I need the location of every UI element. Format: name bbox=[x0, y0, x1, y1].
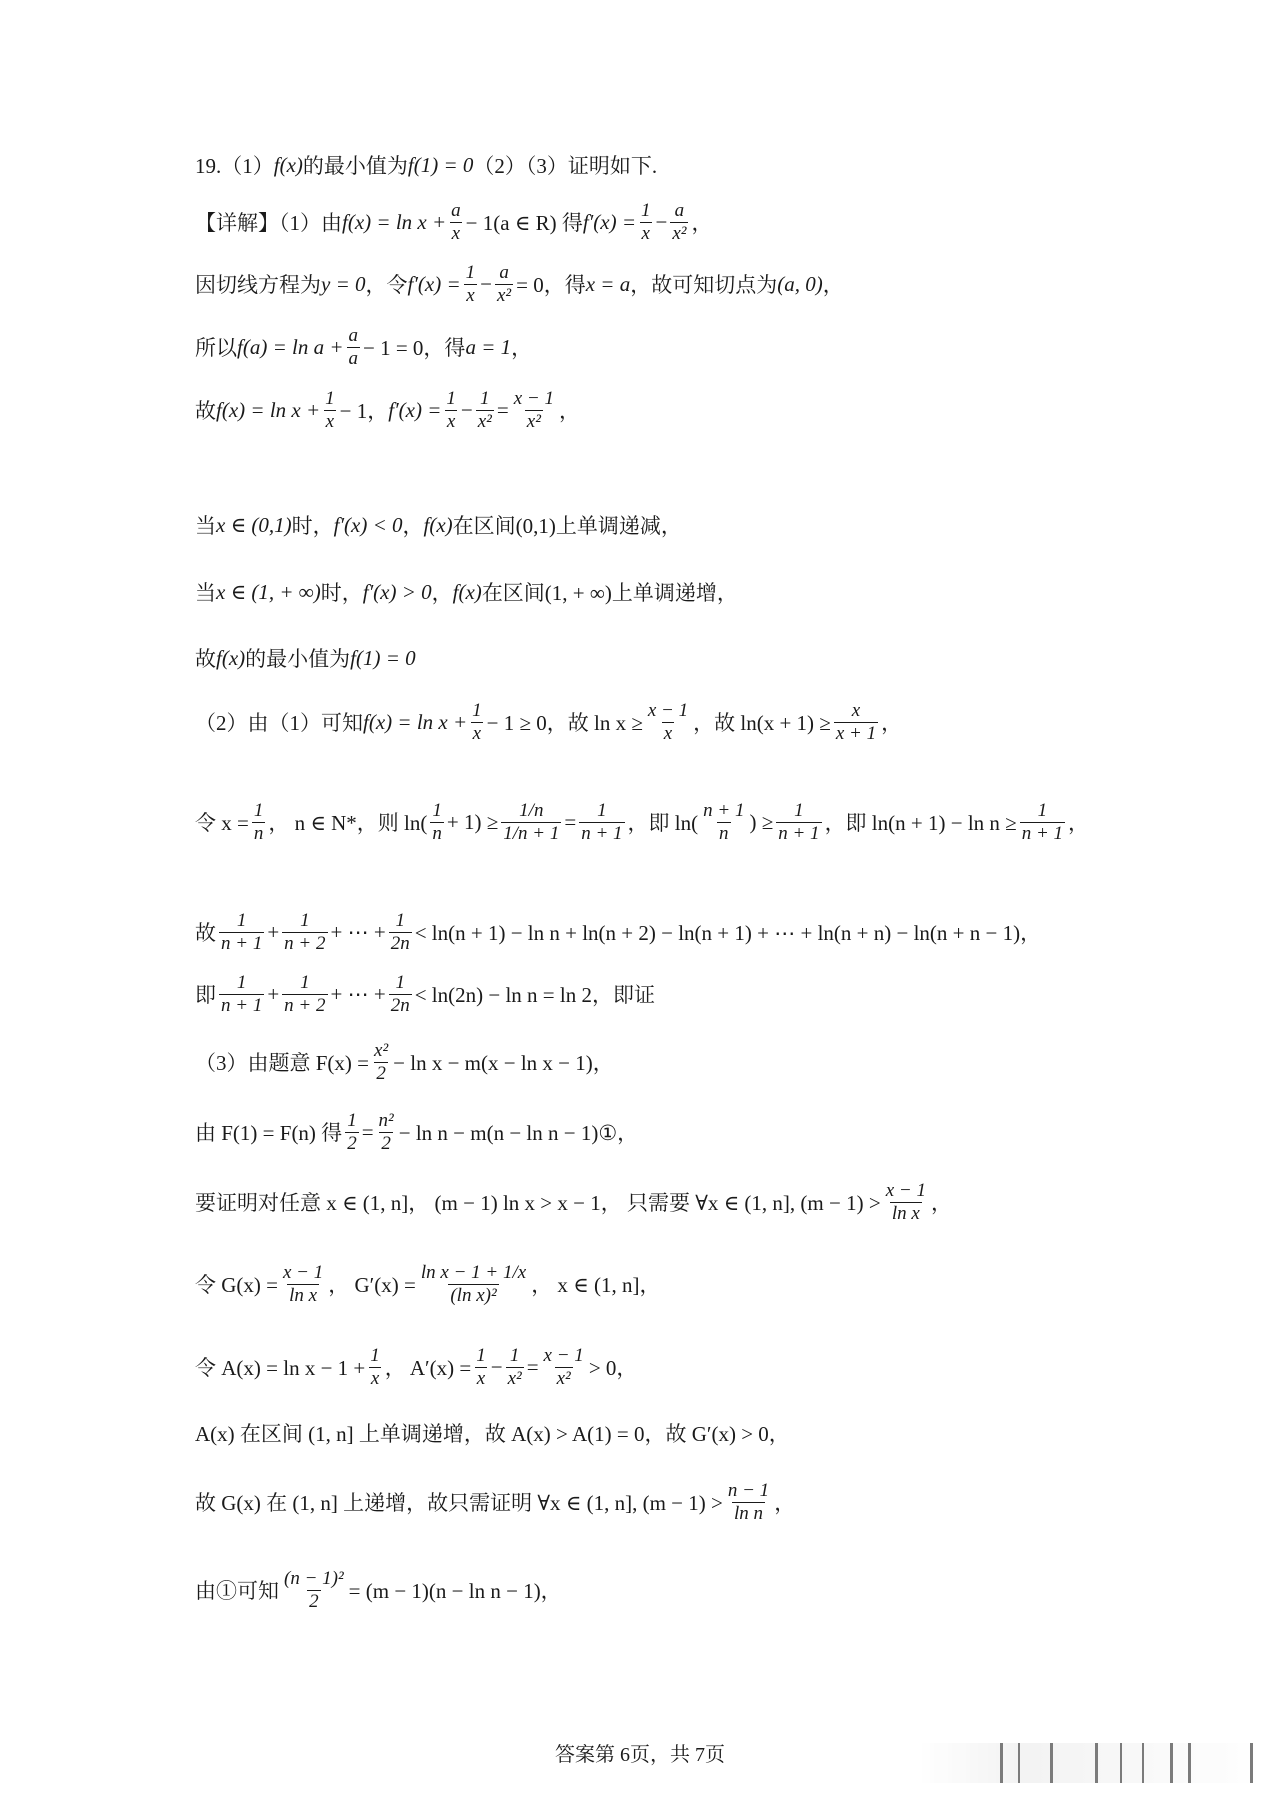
text: ，故 ln(x + 1) ≥ bbox=[693, 707, 831, 737]
denominator: 2n bbox=[389, 994, 412, 1017]
numerator: 1 bbox=[508, 1345, 522, 1367]
fraction: x − 1ln x bbox=[884, 1180, 928, 1225]
text: 因切线方程为 bbox=[195, 269, 321, 299]
numerator: x − 1 bbox=[646, 700, 690, 722]
text: − bbox=[480, 272, 492, 297]
math: f(x) = ln x + bbox=[342, 210, 446, 235]
fraction: 1x² bbox=[476, 388, 494, 433]
math: y = 0 bbox=[321, 272, 366, 297]
part3-line-6: A(x) 在区间 (1, n] 上单调递增，故 A(x) > A(1) = 0，… bbox=[195, 1418, 790, 1448]
fraction: 12n bbox=[389, 910, 412, 955]
denominator: ln n bbox=[732, 1502, 765, 1525]
fraction: x − 1x² bbox=[512, 388, 556, 433]
denominator: n + 2 bbox=[282, 994, 327, 1017]
fraction: 12n bbox=[389, 972, 412, 1017]
text: < ln(n + 1) − ln n + ln(n + 2) − ln(n + … bbox=[415, 917, 1041, 947]
numerator: 1 bbox=[393, 910, 407, 932]
text: （3）由题意 F(x) = bbox=[195, 1047, 369, 1077]
denominator: x² bbox=[495, 284, 513, 307]
denominator: x bbox=[445, 410, 457, 433]
math: f(1) = 0 bbox=[408, 153, 474, 178]
numerator: x − 1 bbox=[884, 1180, 928, 1202]
text: 令 x = bbox=[195, 807, 249, 837]
denominator: x bbox=[450, 222, 462, 245]
fraction: 1n + 1 bbox=[219, 972, 264, 1017]
text: + bbox=[267, 982, 279, 1007]
denominator: x bbox=[662, 722, 674, 745]
math: f(x) bbox=[424, 513, 453, 538]
math: f′(x) > 0 bbox=[363, 580, 432, 605]
denominator: 2 bbox=[374, 1062, 388, 1085]
text: − bbox=[461, 398, 473, 423]
part2-line-1: （2）由（1）可知 f(x) = ln x + 1x − 1 ≥ 0，故 ln … bbox=[195, 700, 902, 745]
denominator: x² bbox=[670, 222, 688, 245]
numerator: n − 1 bbox=[726, 1480, 771, 1502]
fraction: ax² bbox=[670, 200, 688, 245]
numerator: 1 bbox=[470, 700, 484, 722]
text: ， bbox=[432, 577, 453, 607]
text: 【详解】（1）由 bbox=[195, 207, 342, 237]
math: f(x) bbox=[216, 646, 245, 671]
text: 即 bbox=[195, 979, 216, 1009]
fraction: aa bbox=[347, 325, 361, 370]
denominator: (ln x)² bbox=[448, 1284, 498, 1307]
numerator: ln x − 1 + 1/x bbox=[419, 1262, 528, 1284]
numerator: a bbox=[347, 325, 361, 347]
math: f(x) = ln x + bbox=[216, 398, 320, 423]
text: ， n ∈ N*，则 ln( bbox=[268, 807, 427, 837]
detail-line-3: 所以 f(a) = ln a + aa − 1 = 0，得 a = 1 ， bbox=[195, 325, 532, 370]
denominator: n bbox=[430, 822, 444, 845]
numerator: (n − 1)² bbox=[282, 1568, 346, 1590]
text: ，即 ln(n + 1) − ln n ≥ bbox=[825, 807, 1017, 837]
part3-line-7: 故 G(x) 在 (1, n] 上递增，故只需证明 ∀x ∈ (1, n], (… bbox=[195, 1480, 795, 1525]
denominator: x² bbox=[476, 410, 494, 433]
part3-line-8: 由①可知 (n − 1)²2 = (m − 1)(n − ln n − 1)， bbox=[195, 1568, 562, 1613]
text: ， bbox=[559, 395, 580, 425]
scan-artifact bbox=[920, 1743, 1260, 1783]
text: 所以 bbox=[195, 332, 237, 362]
math: f′(x) < 0 bbox=[334, 513, 403, 538]
text: + ⋯ + bbox=[331, 982, 386, 1007]
answer-summary: 19.（1） f(x) 的最小值为 f(1) = 0 （2）（3）证明如下. bbox=[195, 150, 657, 180]
math: f(1) = 0 bbox=[350, 646, 416, 671]
text: − 1 = 0，得 bbox=[363, 332, 465, 362]
text: = 0，得 bbox=[516, 269, 586, 299]
denominator: 2 bbox=[345, 1132, 359, 1155]
fraction: n − 1ln n bbox=[726, 1480, 771, 1525]
text: ) ≥ bbox=[749, 810, 773, 835]
numerator: a bbox=[673, 200, 687, 222]
numerator: x bbox=[850, 700, 862, 722]
text: ， x ∈ (1, n]， bbox=[531, 1269, 660, 1299]
numerator: 1 bbox=[595, 800, 609, 822]
part3-line-5: 令 A(x) = ln x − 1 + 1x ， A′(x) = 1x − 1x… bbox=[195, 1345, 637, 1390]
text: − ln n − m(n − ln n − 1)①， bbox=[399, 1117, 638, 1147]
text: 故 bbox=[195, 395, 216, 425]
numerator: 1 bbox=[345, 1110, 359, 1132]
fraction: n²2 bbox=[377, 1110, 396, 1155]
text: 时， bbox=[292, 510, 334, 540]
text: ， A′(x) = bbox=[385, 1352, 471, 1382]
numerator: 1 bbox=[298, 972, 312, 994]
math: (a, 0) bbox=[777, 272, 823, 297]
text: = (m − 1)(n − ln n − 1)， bbox=[349, 1575, 562, 1605]
denominator: x bbox=[324, 410, 336, 433]
text: ， bbox=[511, 332, 532, 362]
detail-line-4: 故 f(x) = ln x + 1x − 1， f′(x) = 1x − 1x²… bbox=[195, 388, 580, 433]
numerator: 1 bbox=[474, 1345, 488, 1367]
text: ， bbox=[1068, 807, 1089, 837]
text: > 0， bbox=[589, 1352, 638, 1382]
fraction: 1n bbox=[252, 800, 266, 845]
fraction: 1x bbox=[368, 1345, 382, 1390]
denominator: n + 1 bbox=[219, 994, 264, 1017]
denominator: x² bbox=[506, 1367, 524, 1390]
detail-line-5: 当 x ∈ (0,1) 时， f′(x) < 0 ， f(x) 在区间(0,1)… bbox=[195, 510, 682, 540]
numerator: x − 1 bbox=[542, 1345, 586, 1367]
numerator: n² bbox=[377, 1110, 396, 1132]
text: − 1(a ∈ R) 得 bbox=[466, 207, 583, 237]
numerator: 1 bbox=[368, 1345, 382, 1367]
numerator: 1 bbox=[235, 910, 249, 932]
fraction: (n − 1)²2 bbox=[282, 1568, 346, 1613]
text: + bbox=[267, 920, 279, 945]
fraction: 1x² bbox=[506, 1345, 524, 1390]
text: ， bbox=[881, 707, 902, 737]
text: 当 bbox=[195, 510, 216, 540]
text: < ln(2n) − ln n = ln 2，即证 bbox=[415, 979, 655, 1009]
denominator: n + 1 bbox=[219, 932, 264, 955]
fraction: xx + 1 bbox=[834, 700, 878, 745]
part3-line-3: 要证明对任意 x ∈ (1, n]， (m − 1) ln x > x − 1，… bbox=[195, 1180, 952, 1225]
part3-line-2: 由 F(1) = F(n) 得 12 = n²2 − ln n − m(n − … bbox=[195, 1110, 638, 1155]
denominator: a bbox=[347, 347, 361, 370]
numerator: 1 bbox=[464, 262, 478, 284]
math: f′(x) = bbox=[388, 398, 441, 423]
part2-line-3: 故 1n + 1 + 1n + 2 + ⋯ + 12n < ln(n + 1) … bbox=[195, 910, 1041, 955]
fraction: x − 1ln x bbox=[281, 1262, 325, 1307]
text: 故 bbox=[195, 917, 216, 947]
text: （2）（3）证明如下. bbox=[473, 150, 657, 180]
fraction: 1n + 2 bbox=[282, 972, 327, 1017]
detail-line-1: 【详解】（1）由 f(x) = ln x + ax − 1(a ∈ R) 得 f… bbox=[195, 200, 712, 245]
fraction: 1x bbox=[470, 700, 484, 745]
text: = bbox=[527, 1355, 539, 1380]
math: f(x) = ln x + bbox=[363, 710, 467, 735]
numerator: x² bbox=[372, 1040, 390, 1062]
denominator: 1/n + 1 bbox=[501, 822, 561, 845]
part2-line-4: 即 1n + 1 + 1n + 2 + ⋯ + 12n < ln(2n) − l… bbox=[195, 972, 655, 1017]
numerator: 1 bbox=[639, 200, 653, 222]
denominator: x bbox=[471, 722, 483, 745]
text: = bbox=[497, 398, 509, 423]
math: x = a bbox=[586, 272, 631, 297]
text: （2）由（1）可知 bbox=[195, 707, 363, 737]
text: 在区间(0,1)上单调递减， bbox=[453, 510, 682, 540]
text: 19.（1） bbox=[195, 150, 274, 180]
text: ， G′(x) = bbox=[328, 1269, 416, 1299]
fraction: ln x − 1 + 1/x(ln x)² bbox=[419, 1262, 528, 1307]
text: 时， bbox=[321, 577, 363, 607]
math: f(x) bbox=[274, 153, 303, 178]
fraction: 1n + 2 bbox=[282, 910, 327, 955]
detail-line-6: 当 x ∈ (1, + ∞) 时， f′(x) > 0 ， f(x) 在区间(1… bbox=[195, 577, 738, 607]
math: f(x) bbox=[453, 580, 482, 605]
text: 故 G(x) 在 (1, n] 上递增，故只需证明 ∀x ∈ (1, n], (… bbox=[195, 1487, 723, 1517]
denominator: ln x bbox=[890, 1202, 922, 1225]
fraction: 12 bbox=[345, 1110, 359, 1155]
fraction: 1x bbox=[323, 388, 337, 433]
part3-line-1: （3）由题意 F(x) = x²2 − ln x − m(x − ln x − … bbox=[195, 1040, 614, 1085]
text: − 1， bbox=[340, 395, 389, 425]
denominator: 2 bbox=[379, 1132, 393, 1155]
text: − bbox=[491, 1355, 503, 1380]
text: ，故可知切点为 bbox=[630, 269, 777, 299]
denominator: x bbox=[475, 1367, 487, 1390]
denominator: n bbox=[717, 822, 731, 845]
fraction: 1n + 1 bbox=[579, 800, 624, 845]
denominator: x bbox=[640, 222, 652, 245]
denominator: x bbox=[464, 284, 476, 307]
math: f′(x) = bbox=[408, 272, 461, 297]
numerator: 1 bbox=[298, 910, 312, 932]
fraction: 1n + 1 bbox=[776, 800, 821, 845]
text: ， bbox=[403, 510, 424, 540]
text: = bbox=[362, 1120, 374, 1145]
text: ，令 bbox=[366, 269, 408, 299]
denominator: n bbox=[252, 822, 266, 845]
fraction: x − 1x bbox=[646, 700, 690, 745]
denominator: ln x bbox=[287, 1284, 319, 1307]
detail-line-7: 故 f(x) 的最小值为 f(1) = 0 bbox=[195, 643, 416, 673]
text: 故 bbox=[195, 643, 216, 673]
numerator: a bbox=[449, 200, 463, 222]
text: 要证明对任意 x ∈ (1, n]， (m − 1) ln x > x − 1，… bbox=[195, 1187, 881, 1217]
numerator: 1 bbox=[235, 972, 249, 994]
numerator: a bbox=[497, 262, 511, 284]
fraction: 1/n1/n + 1 bbox=[501, 800, 561, 845]
math: x ∈ (1, + ∞) bbox=[216, 580, 321, 605]
text: − ln x − m(x − ln x − 1)， bbox=[393, 1047, 614, 1077]
fraction: x²2 bbox=[372, 1040, 390, 1085]
text: − bbox=[656, 210, 668, 235]
text: 在区间(1, + ∞)上单调递增， bbox=[482, 577, 738, 607]
text: + ⋯ + bbox=[331, 920, 386, 945]
denominator: x + 1 bbox=[834, 722, 878, 745]
fraction: 1n + 1 bbox=[1020, 800, 1065, 845]
text: 由①可知 bbox=[195, 1575, 279, 1605]
numerator: 1/n bbox=[517, 800, 545, 822]
denominator: x² bbox=[525, 410, 543, 433]
text: 的最小值为 bbox=[303, 150, 408, 180]
denominator: n + 1 bbox=[776, 822, 821, 845]
text: + 1) ≥ bbox=[447, 810, 498, 835]
text: A(x) 在区间 (1, n] 上单调递增，故 A(x) > A(1) = 0，… bbox=[195, 1418, 790, 1448]
fraction: 1x bbox=[474, 1345, 488, 1390]
fraction: 1n bbox=[430, 800, 444, 845]
text: ， bbox=[823, 269, 844, 299]
text: ，即 ln( bbox=[628, 807, 699, 837]
text: 的最小值为 bbox=[245, 643, 350, 673]
text: ， bbox=[691, 207, 712, 237]
text: − 1 ≥ 0，故 ln x ≥ bbox=[487, 707, 643, 737]
numerator: 1 bbox=[393, 972, 407, 994]
numerator: 1 bbox=[252, 800, 266, 822]
detail-line-2: 因切线方程为 y = 0 ，令 f′(x) = 1x − ax² = 0，得 x… bbox=[195, 262, 844, 307]
numerator: x − 1 bbox=[512, 388, 556, 410]
denominator: n + 2 bbox=[282, 932, 327, 955]
denominator: n + 1 bbox=[579, 822, 624, 845]
text: 当 bbox=[195, 577, 216, 607]
text: ， bbox=[774, 1487, 795, 1517]
fraction: ax² bbox=[495, 262, 513, 307]
math: a = 1 bbox=[465, 335, 511, 360]
math: x ∈ (0,1) bbox=[216, 513, 292, 538]
denominator: x² bbox=[555, 1367, 573, 1390]
numerator: 1 bbox=[430, 800, 444, 822]
numerator: 1 bbox=[323, 388, 337, 410]
fraction: 1x bbox=[444, 388, 458, 433]
fraction: ax bbox=[449, 200, 463, 245]
denominator: x bbox=[369, 1367, 381, 1390]
fraction: n + 1n bbox=[701, 800, 746, 845]
text: 由 F(1) = F(n) 得 bbox=[195, 1117, 342, 1147]
text: 令 A(x) = ln x − 1 + bbox=[195, 1352, 365, 1382]
fraction: 1x bbox=[639, 200, 653, 245]
text: ， bbox=[931, 1187, 952, 1217]
part2-line-2: 令 x = 1n ， n ∈ N*，则 ln( 1n + 1) ≥ 1/n1/n… bbox=[195, 800, 1089, 845]
part3-line-4: 令 G(x) = x − 1ln x ， G′(x) = ln x − 1 + … bbox=[195, 1262, 660, 1307]
numerator: n + 1 bbox=[701, 800, 746, 822]
fraction: 1n + 1 bbox=[219, 910, 264, 955]
numerator: 1 bbox=[792, 800, 806, 822]
numerator: 1 bbox=[444, 388, 458, 410]
text: = bbox=[564, 810, 576, 835]
math: f(a) = ln a + bbox=[237, 335, 344, 360]
fraction: 1x bbox=[464, 262, 478, 307]
numerator: x − 1 bbox=[281, 1262, 325, 1284]
denominator: n + 1 bbox=[1020, 822, 1065, 845]
denominator: 2n bbox=[389, 932, 412, 955]
math: f′(x) = bbox=[583, 210, 636, 235]
denominator: 2 bbox=[307, 1590, 321, 1613]
numerator: 1 bbox=[1036, 800, 1050, 822]
text: 令 G(x) = bbox=[195, 1269, 278, 1299]
fraction: x − 1x² bbox=[542, 1345, 586, 1390]
numerator: 1 bbox=[478, 388, 492, 410]
